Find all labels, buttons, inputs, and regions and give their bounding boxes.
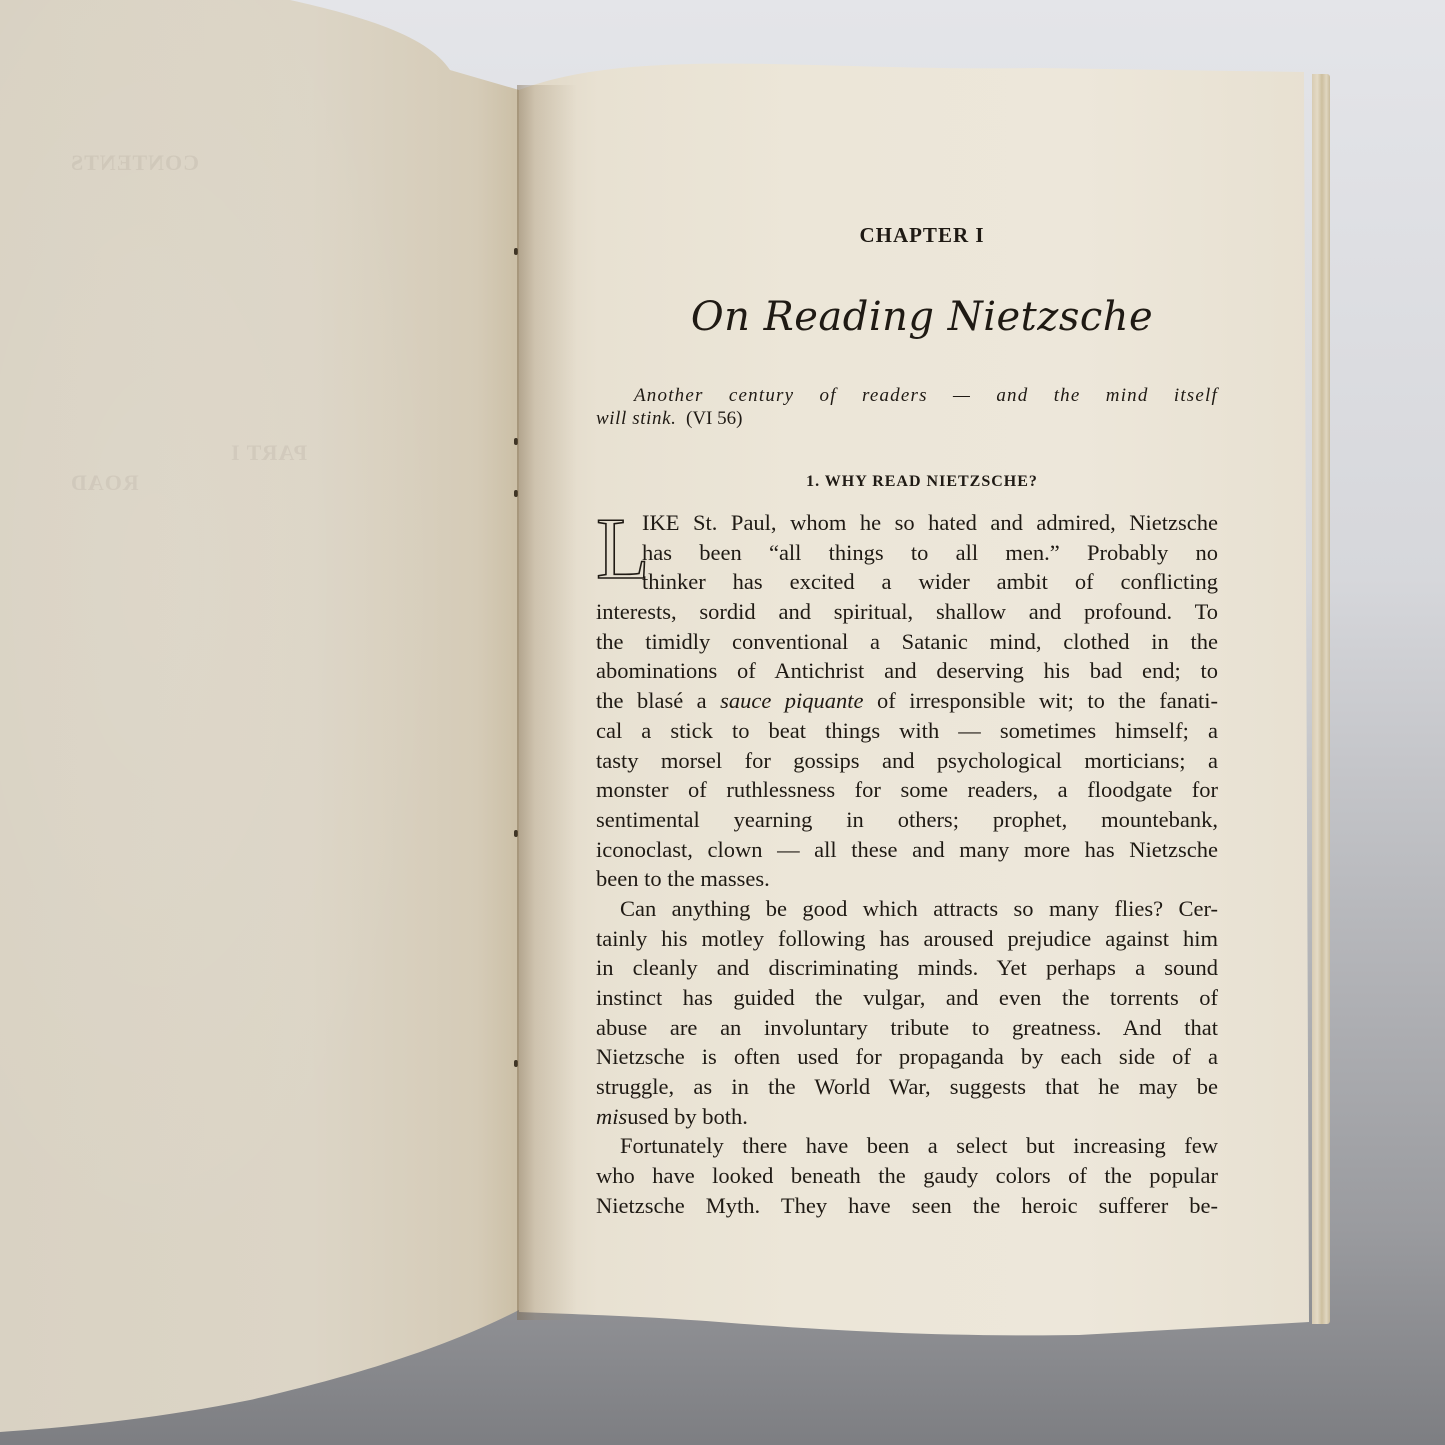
- text-line: abuse are an involuntary tribute to grea…: [596, 1013, 1218, 1043]
- paragraph: Fortunately there have been a select but…: [596, 1131, 1218, 1220]
- text-line: iconoclast, clown — all these and many m…: [596, 835, 1218, 865]
- text-line: thinker has excited a wider ambit of con…: [596, 567, 1218, 597]
- chapter-label: CHAPTER I: [626, 220, 1218, 250]
- text-line: misused by both.: [596, 1102, 1218, 1132]
- body-text: L IKE St. Paul, whom he so hated and adm…: [596, 508, 1218, 1221]
- text-line: tainly his motley following has aroused …: [596, 924, 1218, 954]
- text-line: in cleanly and discriminating minds. Yet…: [596, 953, 1218, 983]
- binding-stitch: [514, 438, 518, 445]
- text-line: IKE St. Paul, whom he so hated and admir…: [596, 508, 1218, 538]
- text-line: sentimental yearning in others; prophet,…: [596, 805, 1218, 835]
- drop-cap: L: [596, 510, 650, 590]
- show-through-text: PART I: [230, 440, 307, 466]
- text-line: instinct has guided the vulgar, and even…: [596, 983, 1218, 1013]
- text-line: the blasé a sauce piquante of irresponsi…: [596, 686, 1218, 716]
- section-heading: 1. WHY READ NIETZSCHE?: [626, 470, 1218, 494]
- left-page: CONTENTS PART I ROAD: [0, 0, 519, 1445]
- binding-stitch: [514, 248, 518, 255]
- text-line: interests, sordid and spiritual, shallow…: [596, 597, 1218, 627]
- text-line: abominations of Antichrist and deserving…: [596, 656, 1218, 686]
- paragraph: L IKE St. Paul, whom he so hated and adm…: [596, 508, 1218, 894]
- book-photo: CONTENTS PART I ROAD CHAPTER I On Readin…: [0, 0, 1445, 1445]
- show-through-text: ROAD: [70, 470, 139, 496]
- page-text: CHAPTER I On Reading Nietzsche Another c…: [596, 220, 1218, 1221]
- text-line: has been “all things to all men.” Probab…: [596, 538, 1218, 568]
- epigraph-line: will stink. (VI 56): [596, 407, 1218, 430]
- page-edges: [1312, 74, 1330, 1324]
- text-line: the timidly conventional a Satanic mind,…: [596, 627, 1218, 657]
- text-line: Fortunately there have been a select but…: [596, 1131, 1218, 1161]
- text-line: Nietzsche is often used for propaganda b…: [596, 1042, 1218, 1072]
- text-line: monster of ruthlessness for some readers…: [596, 775, 1218, 805]
- italic-phrase: sauce piquante: [720, 688, 863, 713]
- binding-stitch: [514, 830, 518, 837]
- epigraph: Another century of readers — and the min…: [596, 384, 1218, 430]
- show-through-text: CONTENTS: [70, 150, 199, 176]
- text-line: Nietzsche Myth. They have seen the heroi…: [596, 1191, 1218, 1221]
- italic-prefix: mis: [596, 1104, 627, 1129]
- text-line: Can anything be good which attracts so m…: [596, 894, 1218, 924]
- text-line: been to the masses.: [596, 864, 1218, 894]
- epigraph-citation: (VI 56): [686, 408, 742, 429]
- chapter-title: On Reading Nietzsche: [626, 292, 1218, 342]
- binding-stitch: [514, 490, 518, 497]
- binding-stitch: [514, 1060, 518, 1067]
- text-line: who have looked beneath the gaudy colors…: [596, 1161, 1218, 1191]
- text-line: cal a stick to beat things with — someti…: [596, 716, 1218, 746]
- paragraph: Can anything be good which attracts so m…: [596, 894, 1218, 1132]
- epigraph-text: will stink.: [596, 408, 677, 429]
- text-line: struggle, as in the World War, suggests …: [596, 1072, 1218, 1102]
- text-line: tasty morsel for gossips and psychologic…: [596, 746, 1218, 776]
- epigraph-line: Another century of readers — and the min…: [596, 384, 1218, 407]
